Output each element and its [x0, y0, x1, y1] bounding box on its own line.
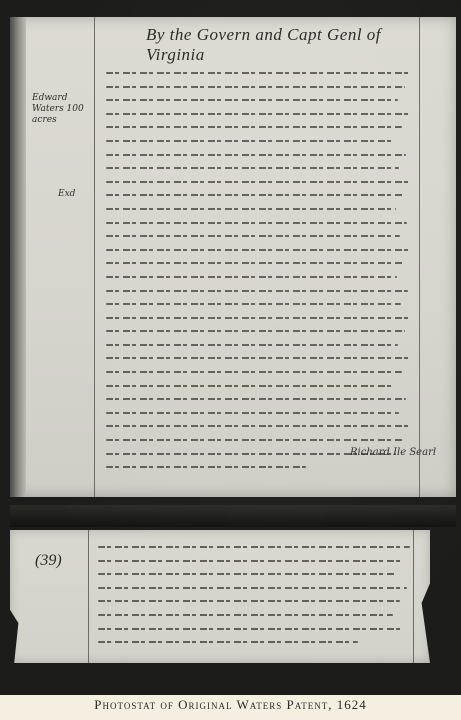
handwritten-line: [106, 216, 412, 230]
handwritten-line: [106, 460, 412, 474]
handwritten-line: [106, 229, 412, 243]
handwritten-line: [98, 608, 410, 622]
handwritten-line: [98, 567, 410, 581]
handwritten-line: [106, 93, 412, 107]
handwritten-line: [98, 554, 410, 568]
patent-main-sheet: By the Govern and Capt Genl of Virginia …: [10, 17, 456, 497]
handwritten-line: [106, 365, 412, 379]
margin-note-examined: Exd: [58, 189, 75, 200]
document-heading: By the Govern and Capt Genl of Virginia: [146, 25, 406, 65]
handwritten-line: [106, 202, 412, 216]
handwritten-line: [106, 284, 412, 298]
page-number: (39): [35, 552, 62, 570]
handwritten-line: [98, 581, 410, 595]
handwritten-line: [106, 134, 412, 148]
handwritten-line: [98, 622, 410, 636]
handwritten-line: [98, 540, 410, 554]
handwritten-line: [106, 66, 412, 80]
handwritten-line: [106, 392, 412, 406]
patent-lower-strip: (39): [10, 530, 430, 663]
strip-right-rule: [413, 530, 414, 663]
handwritten-line: [106, 406, 412, 420]
handwritten-line: [106, 297, 412, 311]
handwritten-line: [106, 324, 412, 338]
handwritten-body: [106, 66, 412, 474]
handwritten-line: [106, 243, 412, 257]
right-margin-rule: [419, 17, 420, 497]
handwritten-strip-body: [98, 540, 410, 649]
handwritten-line: [106, 148, 412, 162]
signature: Richard Ile Searl: [350, 447, 436, 458]
handwritten-line: [98, 635, 410, 649]
handwritten-line: [106, 311, 412, 325]
figure-caption: Photostat of Original Waters Patent, 162…: [0, 697, 461, 720]
handwritten-line: [106, 338, 412, 352]
handwritten-line: [106, 175, 412, 189]
handwritten-line: [106, 120, 412, 134]
margin-note-grantee: Edward Waters 100 acres: [32, 93, 92, 126]
strip-left-rule: [88, 530, 89, 663]
handwritten-line: [106, 419, 412, 433]
handwritten-line: [106, 433, 412, 447]
left-margin-rule: [94, 17, 95, 497]
handwritten-line: [106, 161, 412, 175]
sheet-shadow: [10, 505, 456, 527]
handwritten-line: [98, 594, 410, 608]
handwritten-line: [106, 351, 412, 365]
document-photograph: By the Govern and Capt Genl of Virginia …: [0, 0, 461, 695]
handwritten-line: [106, 270, 412, 284]
handwritten-line: [106, 379, 412, 393]
binding-edge: [10, 17, 26, 497]
handwritten-line: [106, 256, 412, 270]
handwritten-line: [106, 107, 412, 121]
handwritten-line: [106, 80, 412, 94]
handwritten-line: [106, 188, 412, 202]
